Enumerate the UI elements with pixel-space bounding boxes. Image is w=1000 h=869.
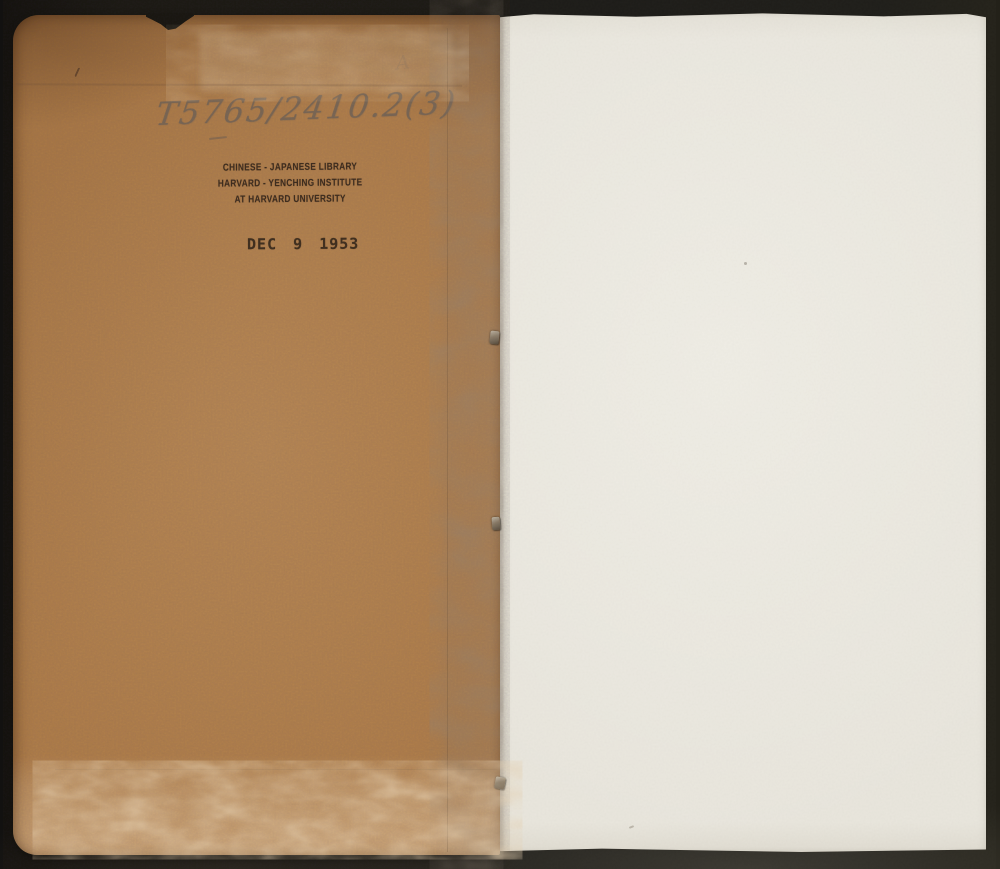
- tape-edge-line: [55, 769, 500, 770]
- library-stamp-line-3: AT HARVARD UNIVERSITY: [216, 191, 365, 208]
- faint-letter-mark: A: [395, 51, 411, 74]
- vertical-fold-crease: [447, 28, 448, 852]
- library-stamp: CHINESE - JAPANESE LIBRARY HARVARD - YEN…: [215, 159, 365, 208]
- paper-speck: [744, 262, 747, 265]
- inside-cover-page: [13, 15, 500, 855]
- book-scan: A T5765/2410.2(3) CHINESE - JAPANESE LIB…: [0, 0, 1000, 869]
- flyleaf-page: [500, 13, 986, 852]
- staple-bottom: [494, 776, 506, 790]
- staple-top: [489, 331, 499, 345]
- library-stamp-line-1: CHINESE - JAPANESE LIBRARY: [215, 159, 364, 176]
- staple-middle: [492, 517, 501, 531]
- library-stamp-line-2: HARVARD - YENCHING INSTITUTE: [215, 175, 364, 192]
- date-stamp: DEC 9 1953: [247, 235, 359, 254]
